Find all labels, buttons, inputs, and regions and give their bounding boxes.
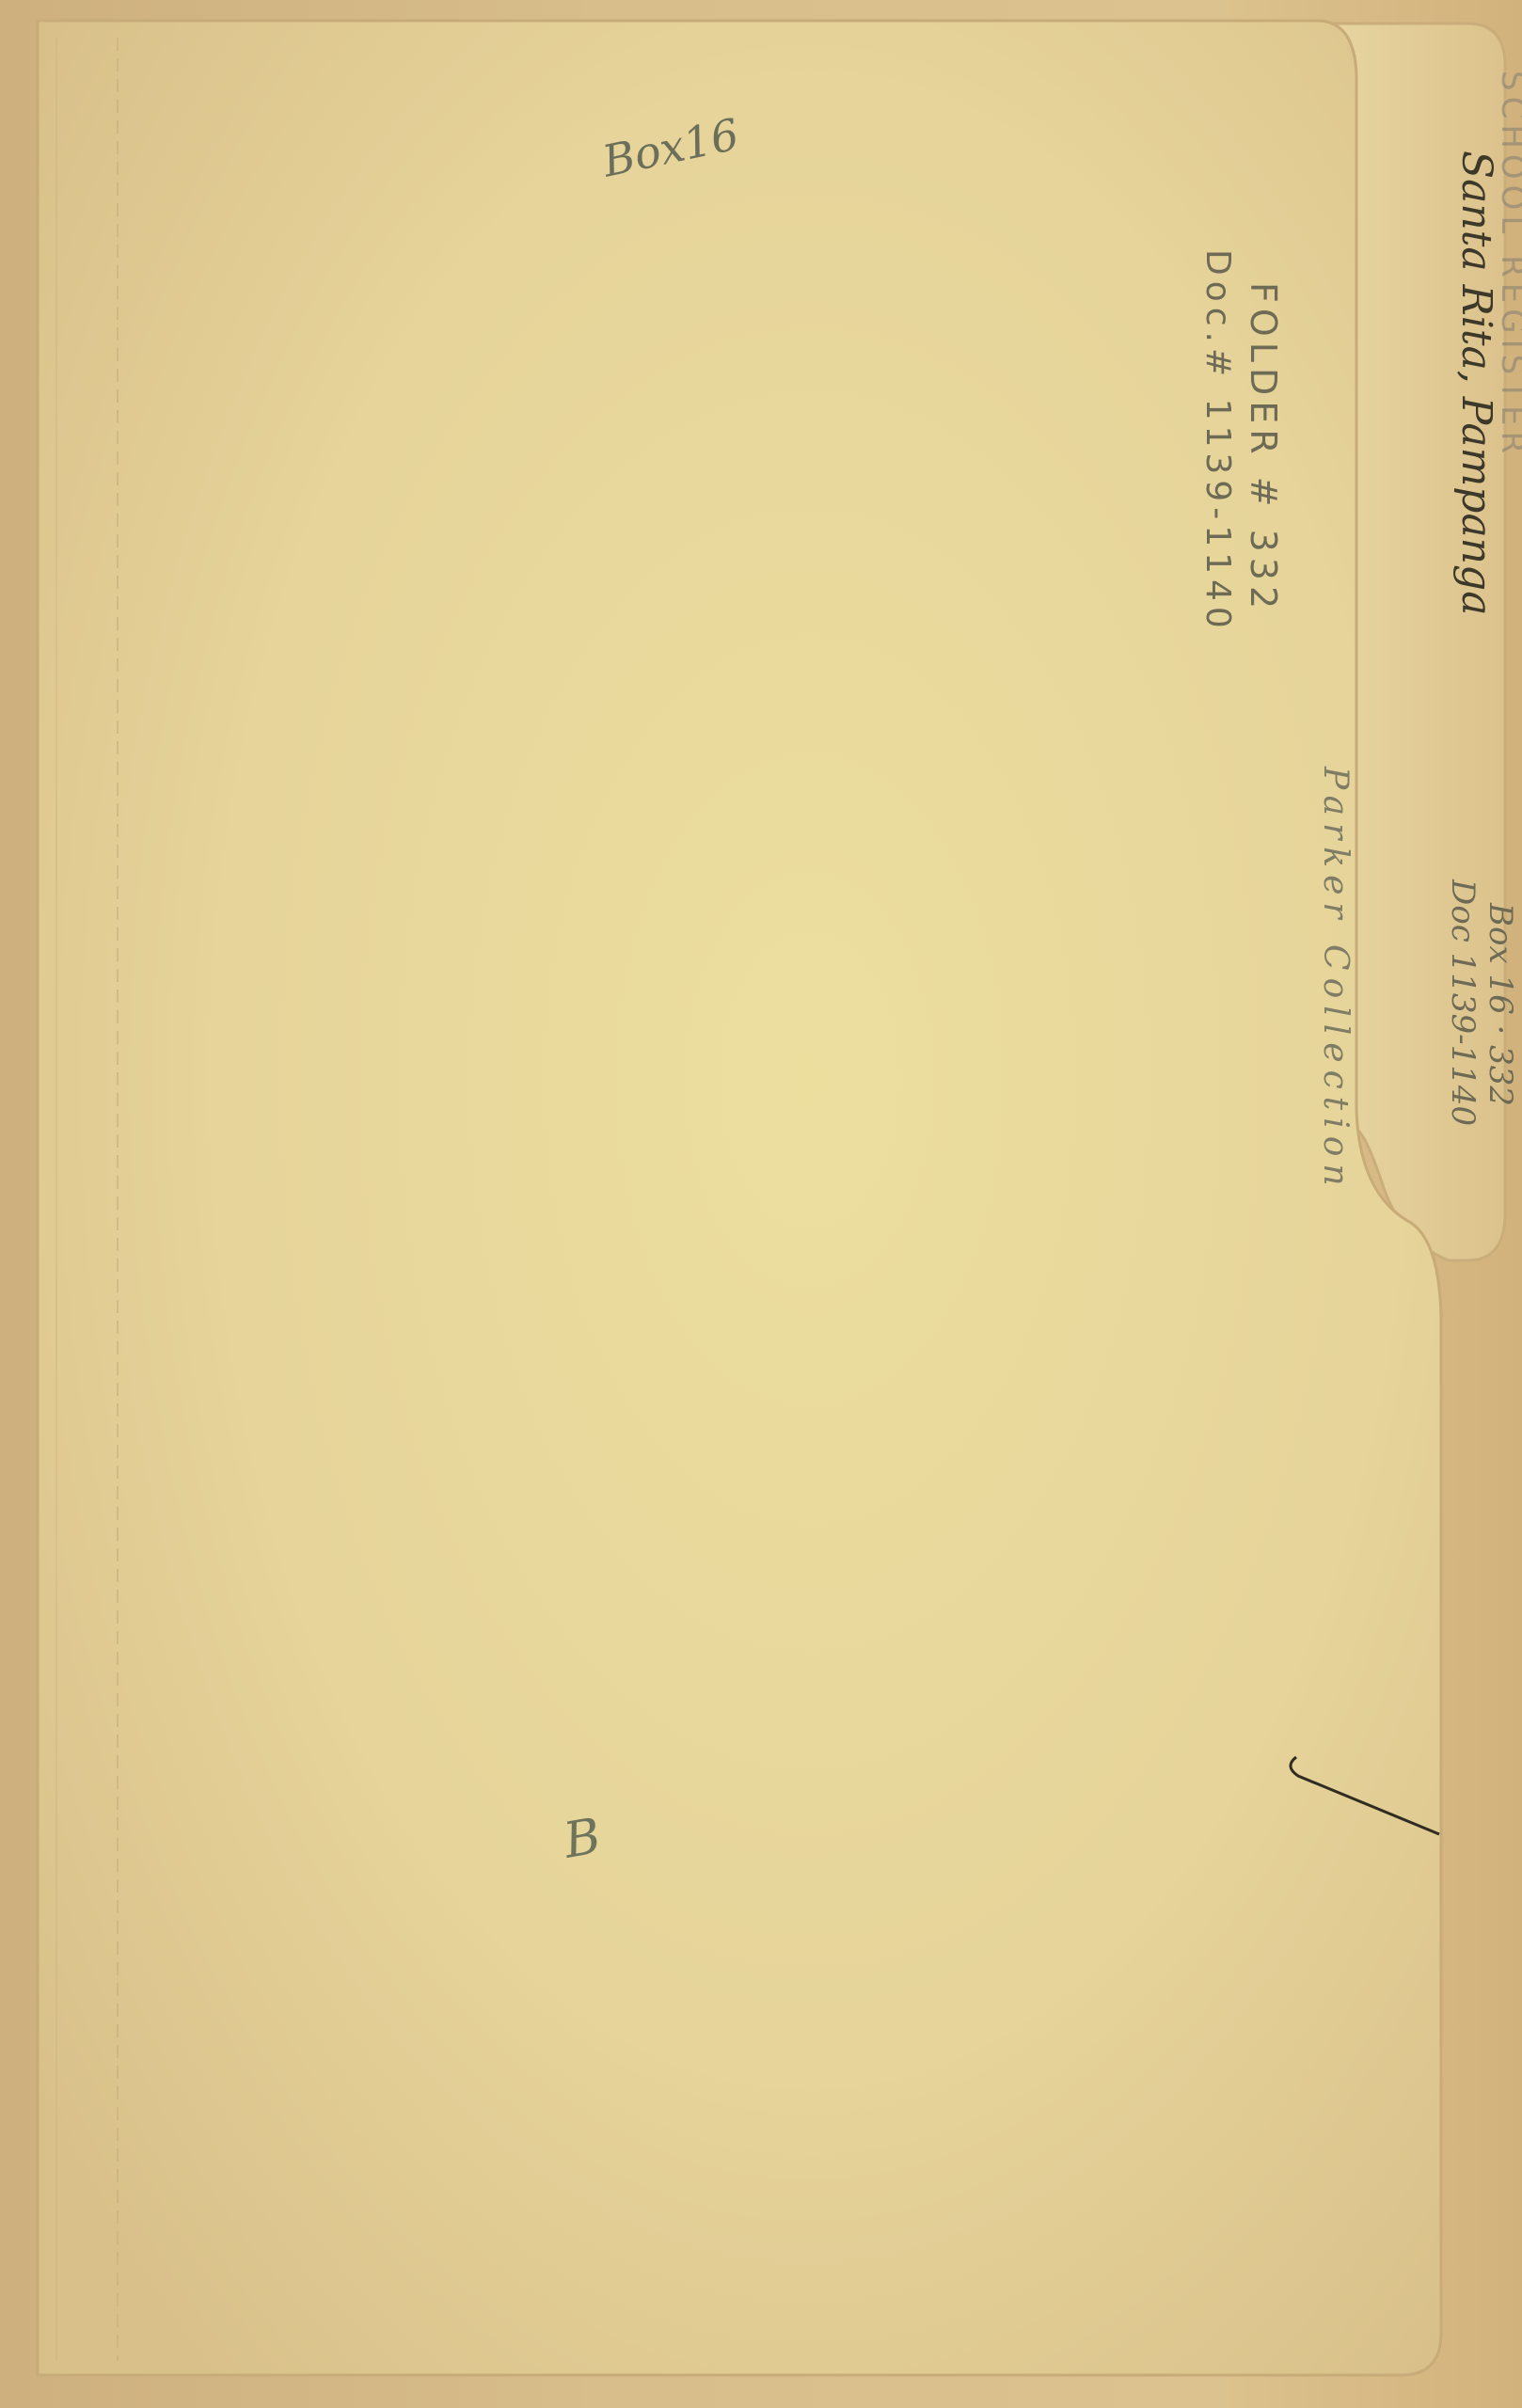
tab-location: Santa Rita, Pampanga: [1452, 150, 1500, 615]
doc-number: Doc.# 1139-1140: [1198, 249, 1237, 634]
folder-front-cover: [0, 0, 1522, 2408]
collection-label: Parker Collection: [1316, 767, 1355, 1194]
tab-box-label: Box 16 · 332: [1482, 903, 1519, 1106]
tab-doc-range: Doc 1139-1140: [1444, 879, 1482, 1126]
folder-number: FOLDER # 332: [1243, 282, 1284, 614]
